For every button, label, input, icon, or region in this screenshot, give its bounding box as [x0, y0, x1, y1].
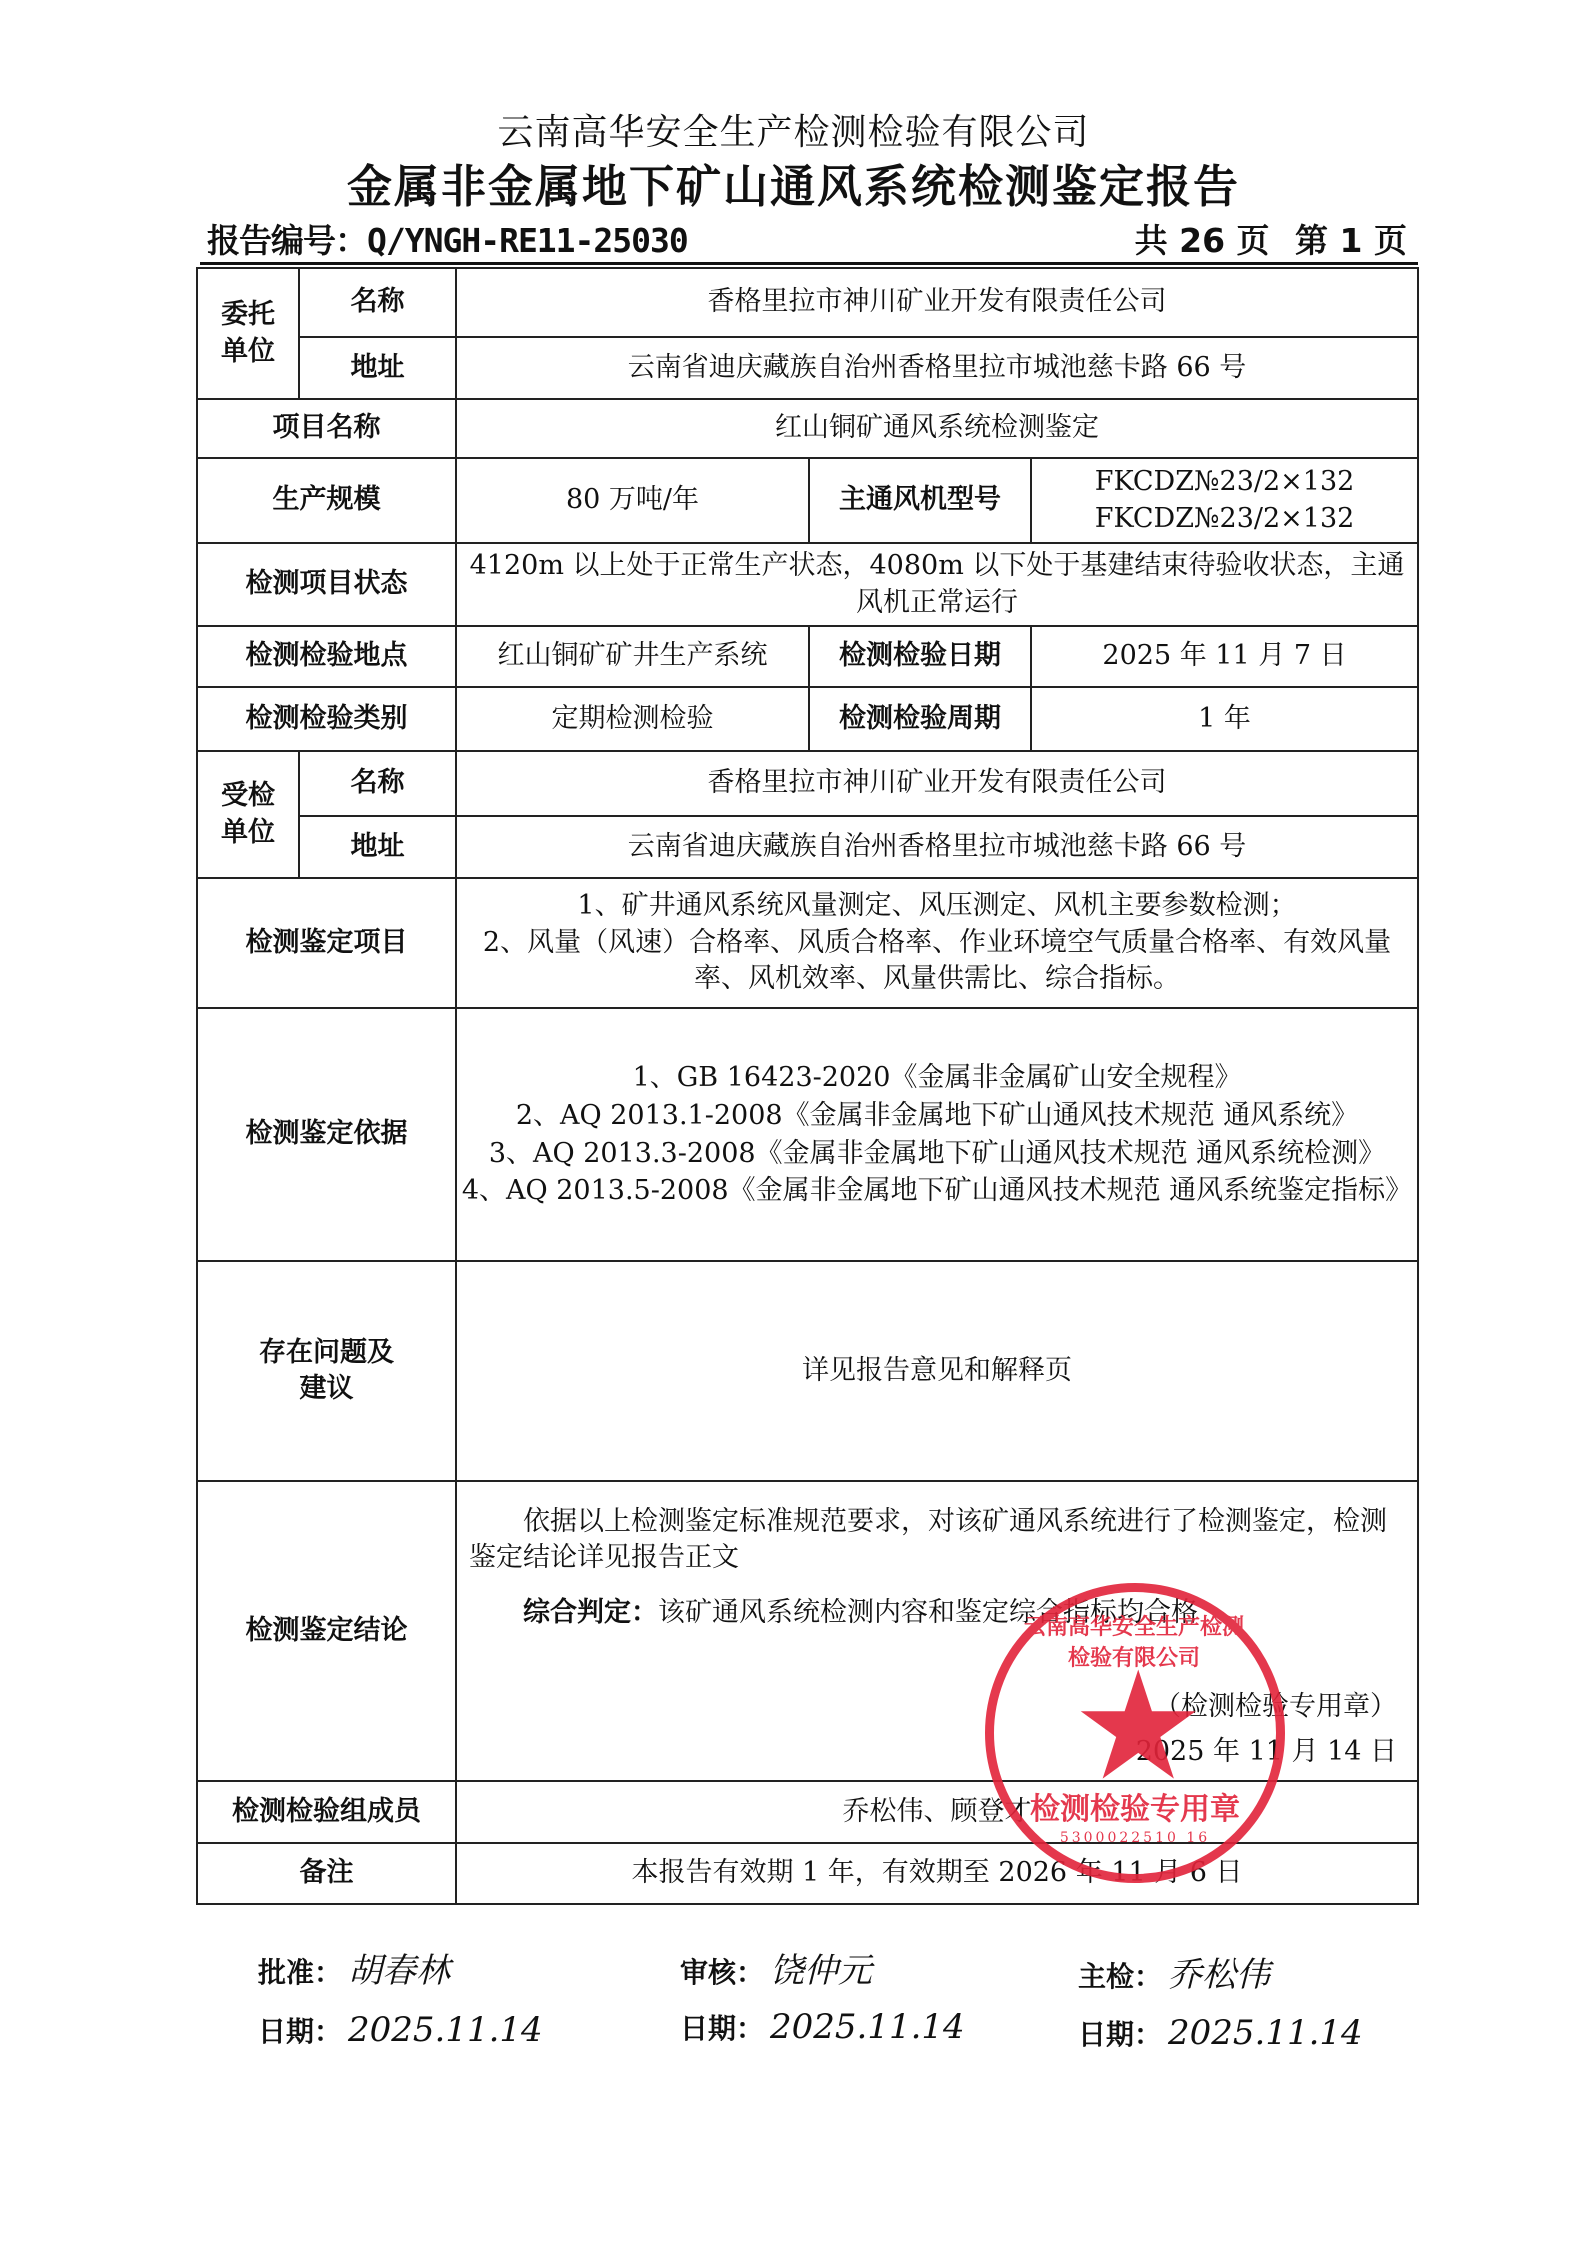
period-value: 1 年 — [1031, 687, 1418, 751]
signature-block: 批准：胡春林 日期：2025.11.14 审核：饶仲元 日期：2025.11.1… — [0, 1915, 1587, 2075]
approve-name: 胡春林 — [348, 1951, 450, 1991]
judgement-label: 综合判定： — [523, 1597, 658, 1628]
status-value: 4120m 以上处于正常生产状态，4080m 以下处于基建结束待验收状态，主通风… — [456, 543, 1418, 626]
page-info: 共 26 页 第 1 页 — [1121, 215, 1407, 262]
official-seal: 云南高华安全生产检测检验有限公司 ★ 检测检验专用章 5300022510 16 — [985, 1583, 1285, 1883]
inspected-address-row: 地址 云南省迪庆藏族自治州香格里拉市城池慈卡路 66 号 — [197, 816, 1418, 878]
review-date: 日期：2025.11.14 — [680, 2007, 965, 2047]
basis-3: 3、AQ 2013.3-2008《金属非金属地下矿山通风技术规范 通风系统检测》 — [457, 1135, 1417, 1173]
header-rule — [200, 262, 1418, 265]
category-value: 定期检测检验 — [456, 687, 809, 751]
fan-model-2: FKCDZ№23/2×132 — [1032, 501, 1417, 537]
date-label: 检测检验日期 — [809, 626, 1031, 687]
approve-signature: 批准：胡春林 — [258, 1943, 450, 1992]
chief-label: 主检： — [1078, 1960, 1162, 1993]
chief-name: 乔松伟 — [1168, 1955, 1270, 1995]
members-label: 检测检验组成员 — [197, 1781, 456, 1843]
review-date-label: 日期： — [680, 2012, 764, 2045]
scale-value: 80 万吨/年 — [456, 458, 809, 543]
fan-model-label: 主通风机型号 — [809, 458, 1031, 543]
basis-4: 4、AQ 2013.5-2008《金属非金属地下矿山通风技术规范 通风系统鉴定指… — [457, 1172, 1417, 1210]
client-address: 云南省迪庆藏族自治州香格里拉市城池慈卡路 66 号 — [456, 337, 1418, 399]
items-label: 检测鉴定项目 — [197, 878, 456, 1008]
report-title: 金属非金属地下矿山通风系统检测鉴定报告 — [0, 150, 1587, 215]
chief-date-value: 2025.11.14 — [1168, 2013, 1363, 2053]
category-row: 检测检验类别 定期检测检验 检测检验周期 1 年 — [197, 687, 1418, 751]
review-name: 饶仲元 — [770, 1951, 872, 1991]
client-name-row: 委托单位 名称 香格里拉市神川矿业开发有限责任公司 — [197, 268, 1418, 337]
items-row: 检测鉴定项目 1、矿井通风系统风量测定、风压测定、风机主要参数检测； 2、风量（… — [197, 878, 1418, 1008]
issues-label: 存在问题及建议 — [197, 1261, 456, 1481]
basis-row: 检测鉴定依据 1、GB 16423-2020《金属非金属矿山安全规程》 2、AQ… — [197, 1008, 1418, 1261]
client-name: 香格里拉市神川矿业开发有限责任公司 — [456, 268, 1418, 337]
inspected-name-row: 受检单位 名称 香格里拉市神川矿业开发有限责任公司 — [197, 751, 1418, 816]
seal-number: 5300022510 16 — [994, 1830, 1276, 1846]
report-number-value: Q/YNGH-RE11-25030 — [367, 221, 688, 260]
basis-1: 1、GB 16423-2020《金属非金属矿山安全规程》 — [457, 1059, 1417, 1097]
remarks-label: 备注 — [197, 1843, 456, 1904]
total-pages: 共 26 页 — [1135, 221, 1270, 260]
inspected-address: 云南省迪庆藏族自治州香格里拉市城池慈卡路 66 号 — [456, 816, 1418, 878]
basis-2: 2、AQ 2013.1-2008《金属非金属地下矿山通风技术规范 通风系统》 — [457, 1097, 1417, 1135]
remarks-value: 本报告有效期 1 年，有效期至 2026 年 11 月 6 日 — [456, 1843, 1418, 1904]
status-label: 检测项目状态 — [197, 543, 456, 626]
basis-label: 检测鉴定依据 — [197, 1008, 456, 1261]
approve-date-value: 2025.11.14 — [348, 2010, 543, 2050]
seal-center-text: 检测检验专用章 — [994, 1784, 1276, 1828]
period-label: 检测检验周期 — [809, 687, 1031, 751]
scale-label: 生产规模 — [197, 458, 456, 543]
item-1: 1、矿井通风系统风量测定、风压测定、风机主要参数检测； — [457, 888, 1417, 924]
scale-row: 生产规模 80 万吨/年 主通风机型号 FKCDZ№23/2×132 FKCDZ… — [197, 458, 1418, 543]
issues-value: 详见报告意见和解释页 — [456, 1261, 1418, 1481]
star-icon: ★ — [1071, 1652, 1205, 1802]
report-number: 报告编号：Q/YNGH-RE11-25030 — [207, 215, 688, 262]
review-label: 审核： — [680, 1956, 764, 1989]
location-label: 检测检验地点 — [197, 626, 456, 687]
review-signature: 审核：饶仲元 — [680, 1943, 872, 1992]
client-address-row: 地址 云南省迪庆藏族自治州香格里拉市城池慈卡路 66 号 — [197, 337, 1418, 399]
client-group-label: 委托单位 — [197, 268, 299, 399]
review-date-value: 2025.11.14 — [770, 2007, 965, 2047]
date-value: 2025 年 11 月 7 日 — [1031, 626, 1418, 687]
chief-date: 日期：2025.11.14 — [1078, 2013, 1363, 2053]
items-list: 1、矿井通风系统风量测定、风压测定、风机主要参数检测； 2、风量（风速）合格率、… — [456, 878, 1418, 1008]
client-name-label: 名称 — [299, 268, 456, 337]
approve-date-label: 日期： — [258, 2015, 342, 2048]
inspected-name-label: 名称 — [299, 751, 456, 816]
fan-models: FKCDZ№23/2×132 FKCDZ№23/2×132 — [1031, 458, 1418, 543]
location-value: 红山铜矿矿井生产系统 — [456, 626, 809, 687]
remarks-row: 备注 本报告有效期 1 年，有效期至 2026 年 11 月 6 日 — [197, 1843, 1418, 1904]
item-2: 2、风量（风速）合格率、风质合格率、作业环境空气质量合格率、有效风量率、风机效率… — [457, 925, 1417, 998]
fan-model-1: FKCDZ№23/2×132 — [1032, 464, 1417, 500]
chief-signature: 主检：乔松伟 — [1078, 1947, 1270, 1996]
report-number-label: 报告编号： — [207, 221, 367, 260]
category-label: 检测检验类别 — [197, 687, 456, 751]
inspected-address-label: 地址 — [299, 816, 456, 878]
conclusion-label: 检测鉴定结论 — [197, 1481, 456, 1781]
chief-date-label: 日期： — [1078, 2018, 1162, 2051]
client-address-label: 地址 — [299, 337, 456, 399]
inspected-name: 香格里拉市神川矿业开发有限责任公司 — [456, 751, 1418, 816]
project-name-label: 项目名称 — [197, 399, 456, 458]
project-row: 项目名称 红山铜矿通风系统检测鉴定 — [197, 399, 1418, 458]
issues-row: 存在问题及建议 详见报告意见和解释页 — [197, 1261, 1418, 1481]
conclusion-text: 依据以上检测鉴定标准规范要求，对该矿通风系统进行了检测鉴定，检测鉴定结论详见报告… — [457, 1504, 1417, 1577]
status-row: 检测项目状态 4120m 以上处于正常生产状态，4080m 以下处于基建结束待验… — [197, 543, 1418, 626]
approve-date: 日期：2025.11.14 — [258, 2010, 543, 2050]
project-name: 红山铜矿通风系统检测鉴定 — [456, 399, 1418, 458]
company-name: 云南高华安全生产检测检验有限公司 — [0, 104, 1587, 155]
current-page: 第 1 页 — [1295, 221, 1407, 260]
approve-label: 批准： — [258, 1956, 342, 1989]
judgement-line: 综合判定：该矿通风系统检测内容和鉴定综合指标均合格 — [457, 1595, 1417, 1631]
inspected-group-label: 受检单位 — [197, 751, 299, 878]
location-row: 检测检验地点 红山铜矿矿井生产系统 检测检验日期 2025 年 11 月 7 日 — [197, 626, 1418, 687]
basis-list: 1、GB 16423-2020《金属非金属矿山安全规程》 2、AQ 2013.1… — [456, 1008, 1418, 1261]
issues-label-text: 存在问题及建议 — [259, 1337, 394, 1404]
